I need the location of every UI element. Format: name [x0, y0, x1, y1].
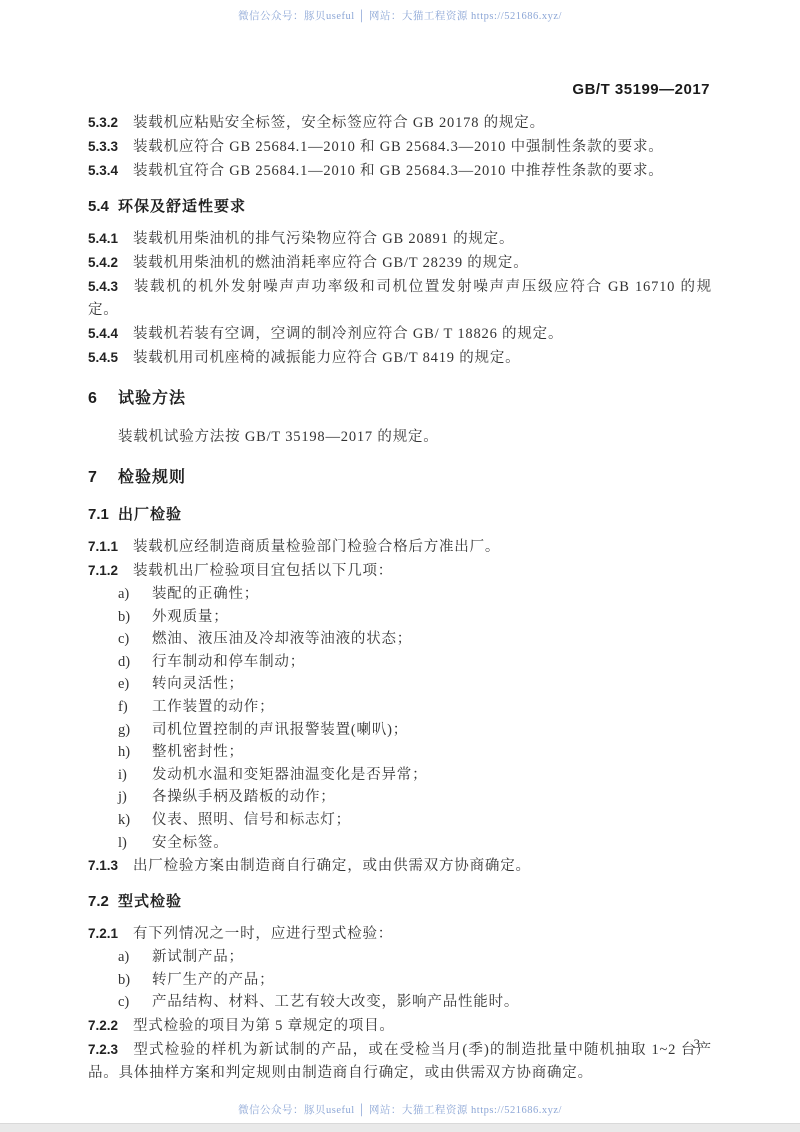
list-marker: g) [118, 719, 152, 742]
list-marker: i) [118, 764, 152, 787]
list-item-d-18: d)行车制动和停车制动； [88, 651, 712, 674]
list-item-h-22-text: 整机密封性； [152, 744, 244, 760]
clause-7-2-2-text: 型式检验的项目为第 5 章规定的项目。 [133, 1018, 395, 1034]
list-marker: b) [118, 969, 152, 992]
list-item-b-16: b)外观质量； [88, 606, 712, 629]
section-heading-6: 6试验方法 [88, 386, 712, 412]
clause-5-4-2: 5.4.2装载机用柴油机的燃油消耗率应符合 GB/T 28239 的规定。 [88, 251, 712, 275]
watermark-top: 微信公众号：豚贝useful │ 网站：大猫工程资源 https://52168… [0, 8, 800, 23]
clause-7-1-2: 7.1.2装载机出厂检验项目宜包括以下几项： [88, 559, 712, 583]
paragraph-test-method: 装载机试验方法按 GB/T 35198—2017 的规定。 [88, 426, 712, 449]
doc-number: GB/T 35199—2017 [572, 81, 710, 98]
section-heading-7-text: 检验规则 [118, 469, 186, 486]
clause-5-4-5-text: 装载机用司机座椅的减振能力应符合 GB/T 8419 的规定。 [133, 350, 520, 366]
watermark-bottom: 微信公众号：豚贝useful │ 网站：大猫工程资源 https://52168… [0, 1102, 800, 1117]
list-item-c-32: c)产品结构、材料、工艺有较大改变，影响产品性能时。 [88, 991, 712, 1014]
clause-7-2-1: 7.2.1有下列情况之一时，应进行型式检验： [88, 922, 712, 946]
list-marker: b) [118, 606, 152, 629]
list-marker: e) [118, 673, 152, 696]
list-item-j-24-text: 各操纵手柄及踏板的动作； [152, 789, 336, 805]
list-item-h-22: h)整机密封性； [88, 741, 712, 764]
clause-5-4-4: 5.4.4装载机若装有空调，空调的制冷剂应符合 GB/ T 18826 的规定。 [88, 322, 712, 346]
list-item-k-25-text: 仪表、照明、信号和标志灯； [152, 812, 351, 828]
section-heading-7-2: 7.2型式检验 [88, 890, 712, 914]
clause-number: 5.3.3 [88, 135, 133, 158]
list-item-e-19-text: 转向灵活性； [152, 676, 244, 692]
list-item-g-21: g)司机位置控制的声讯报警装置(喇叭)； [88, 719, 712, 742]
list-item-a-15-text: 装配的正确性； [152, 586, 259, 602]
clause-7-1-1-text: 装载机应经制造商质量检验部门检验合格后方准出厂。 [133, 539, 500, 555]
section-heading-6-text: 试验方法 [118, 390, 186, 407]
section-heading-7-1: 7.1出厂检验 [88, 503, 712, 527]
clause-5-4-3: 5.4.3装载机的机外发射噪声声功率级和司机位置发射噪声声压级应符合 GB 16… [88, 275, 712, 322]
list-marker: f) [118, 696, 152, 719]
clause-5-3-4-text: 装载机宜符合 GB 25684.1—2010 和 GB 25684.3—2010… [133, 163, 664, 179]
list-item-j-24: j)各操纵手柄及踏板的动作； [88, 786, 712, 809]
list-item-k-25: k)仪表、照明、信号和标志灯； [88, 809, 712, 832]
clause-5-4-3-text: 装载机的机外发射噪声声功率级和司机位置发射噪声声压级应符合 GB 16710 的… [88, 279, 712, 318]
list-marker: c) [118, 991, 152, 1014]
clause-number: 7 [88, 465, 118, 491]
clause-7-2-3-text: 型式检验的样机为新试制的产品，或在受检当月(季)的制造批量中随机抽取 1~2 台… [88, 1042, 712, 1081]
clause-5-4-5: 5.4.5装载机用司机座椅的减振能力应符合 GB/T 8419 的规定。 [88, 346, 712, 370]
list-item-l-26-text: 安全标签。 [152, 835, 229, 851]
clause-7-2-1-text: 有下列情况之一时，应进行型式检验： [133, 926, 393, 942]
clause-7-1-2-text: 装载机出厂检验项目宜包括以下几项： [133, 563, 393, 579]
paragraph-test-method-text: 装载机试验方法按 GB/T 35198—2017 的规定。 [118, 429, 439, 445]
list-item-a-15: a)装配的正确性； [88, 583, 712, 606]
list-marker: h) [118, 741, 152, 764]
clause-number: 5.4.4 [88, 322, 133, 345]
page-number: 3 [694, 1036, 701, 1052]
list-marker: c) [118, 628, 152, 651]
list-item-i-23-text: 发动机水温和变矩器油温变化是否异常； [152, 767, 427, 783]
list-item-a-30-text: 新试制产品； [152, 949, 244, 965]
clause-5-4-4-text: 装载机若装有空调，空调的制冷剂应符合 GB/ T 18826 的规定。 [133, 326, 563, 342]
list-item-e-19: e)转向灵活性； [88, 673, 712, 696]
list-item-c-32-text: 产品结构、材料、工艺有较大改变，影响产品性能时。 [152, 994, 519, 1010]
clause-number: 5.4 [88, 195, 118, 219]
clause-5-4-1-text: 装载机用柴油机的排气污染物应符合 GB 20891 的规定。 [133, 231, 514, 247]
footer-strip [0, 1123, 800, 1132]
list-marker: d) [118, 651, 152, 674]
clause-number: 7.1.2 [88, 559, 133, 582]
list-marker: a) [118, 946, 152, 969]
clause-number: 5.3.4 [88, 159, 133, 182]
clause-number: 5.4.1 [88, 227, 133, 250]
list-item-l-26: l)安全标签。 [88, 832, 712, 855]
list-item-a-30: a)新试制产品； [88, 946, 712, 969]
clause-number: 7.2 [88, 890, 118, 914]
list-item-b-31: b)转厂生产的产品； [88, 969, 712, 992]
section-heading-7-1-text: 出厂检验 [118, 506, 182, 523]
clause-7-1-3: 7.1.3出厂检验方案由制造商自行确定，或由供需双方协商确定。 [88, 854, 712, 878]
clause-number: 5.4.2 [88, 251, 133, 274]
clause-number: 7.2.1 [88, 922, 133, 945]
clause-number: 5.4.3 [88, 275, 133, 298]
clause-5-3-2: 5.3.2装载机应粘贴安全标签，安全标签应符合 GB 20178 的规定。 [88, 111, 712, 135]
section-heading-5-4: 5.4环保及舒适性要求 [88, 195, 712, 219]
clause-7-2-3: 7.2.3型式检验的样机为新试制的产品，或在受检当月(季)的制造批量中随机抽取 … [88, 1038, 712, 1085]
list-item-b-16-text: 外观质量； [152, 609, 229, 625]
list-marker: l) [118, 832, 152, 855]
page-body: 5.3.2装载机应粘贴安全标签，安全标签应符合 GB 20178 的规定。5.3… [88, 111, 712, 1085]
section-heading-7: 7检验规则 [88, 465, 712, 491]
list-item-g-21-text: 司机位置控制的声讯报警装置(喇叭)； [152, 722, 408, 738]
clause-5-4-1: 5.4.1装载机用柴油机的排气污染物应符合 GB 20891 的规定。 [88, 227, 712, 251]
clause-5-3-3: 5.3.3装载机应符合 GB 25684.1—2010 和 GB 25684.3… [88, 135, 712, 159]
list-marker: k) [118, 809, 152, 832]
clause-number: 7.1.3 [88, 854, 133, 877]
list-item-c-17-text: 燃油、液压油及冷却液等油液的状态； [152, 631, 412, 647]
clause-number: 5.3.2 [88, 111, 133, 134]
list-item-b-31-text: 转厂生产的产品； [152, 972, 274, 988]
list-marker: a) [118, 583, 152, 606]
clause-5-4-2-text: 装载机用柴油机的燃油消耗率应符合 GB/T 28239 的规定。 [133, 255, 529, 271]
clause-5-3-3-text: 装载机应符合 GB 25684.1—2010 和 GB 25684.3—2010… [133, 139, 664, 155]
clause-7-1-3-text: 出厂检验方案由制造商自行确定，或由供需双方协商确定。 [133, 858, 531, 874]
clause-5-3-2-text: 装载机应粘贴安全标签，安全标签应符合 GB 20178 的规定。 [133, 115, 545, 131]
clause-number: 6 [88, 386, 118, 412]
clause-7-1-1: 7.1.1装载机应经制造商质量检验部门检验合格后方准出厂。 [88, 535, 712, 559]
list-item-f-20-text: 工作装置的动作； [152, 699, 274, 715]
clause-number: 5.4.5 [88, 346, 133, 369]
section-heading-7-2-text: 型式检验 [118, 893, 182, 910]
list-item-c-17: c)燃油、液压油及冷却液等油液的状态； [88, 628, 712, 651]
clause-5-3-4: 5.3.4装载机宜符合 GB 25684.1—2010 和 GB 25684.3… [88, 159, 712, 183]
section-heading-5-4-text: 环保及舒适性要求 [118, 198, 246, 215]
clause-number: 7.2.2 [88, 1014, 133, 1037]
list-item-d-18-text: 行车制动和停车制动； [152, 654, 305, 670]
clause-7-2-2: 7.2.2型式检验的项目为第 5 章规定的项目。 [88, 1014, 712, 1038]
clause-number: 7.2.3 [88, 1038, 133, 1061]
list-item-f-20: f)工作装置的动作； [88, 696, 712, 719]
clause-number: 7.1 [88, 503, 118, 527]
clause-number: 7.1.1 [88, 535, 133, 558]
list-item-i-23: i)发动机水温和变矩器油温变化是否异常； [88, 764, 712, 787]
list-marker: j) [118, 786, 152, 809]
